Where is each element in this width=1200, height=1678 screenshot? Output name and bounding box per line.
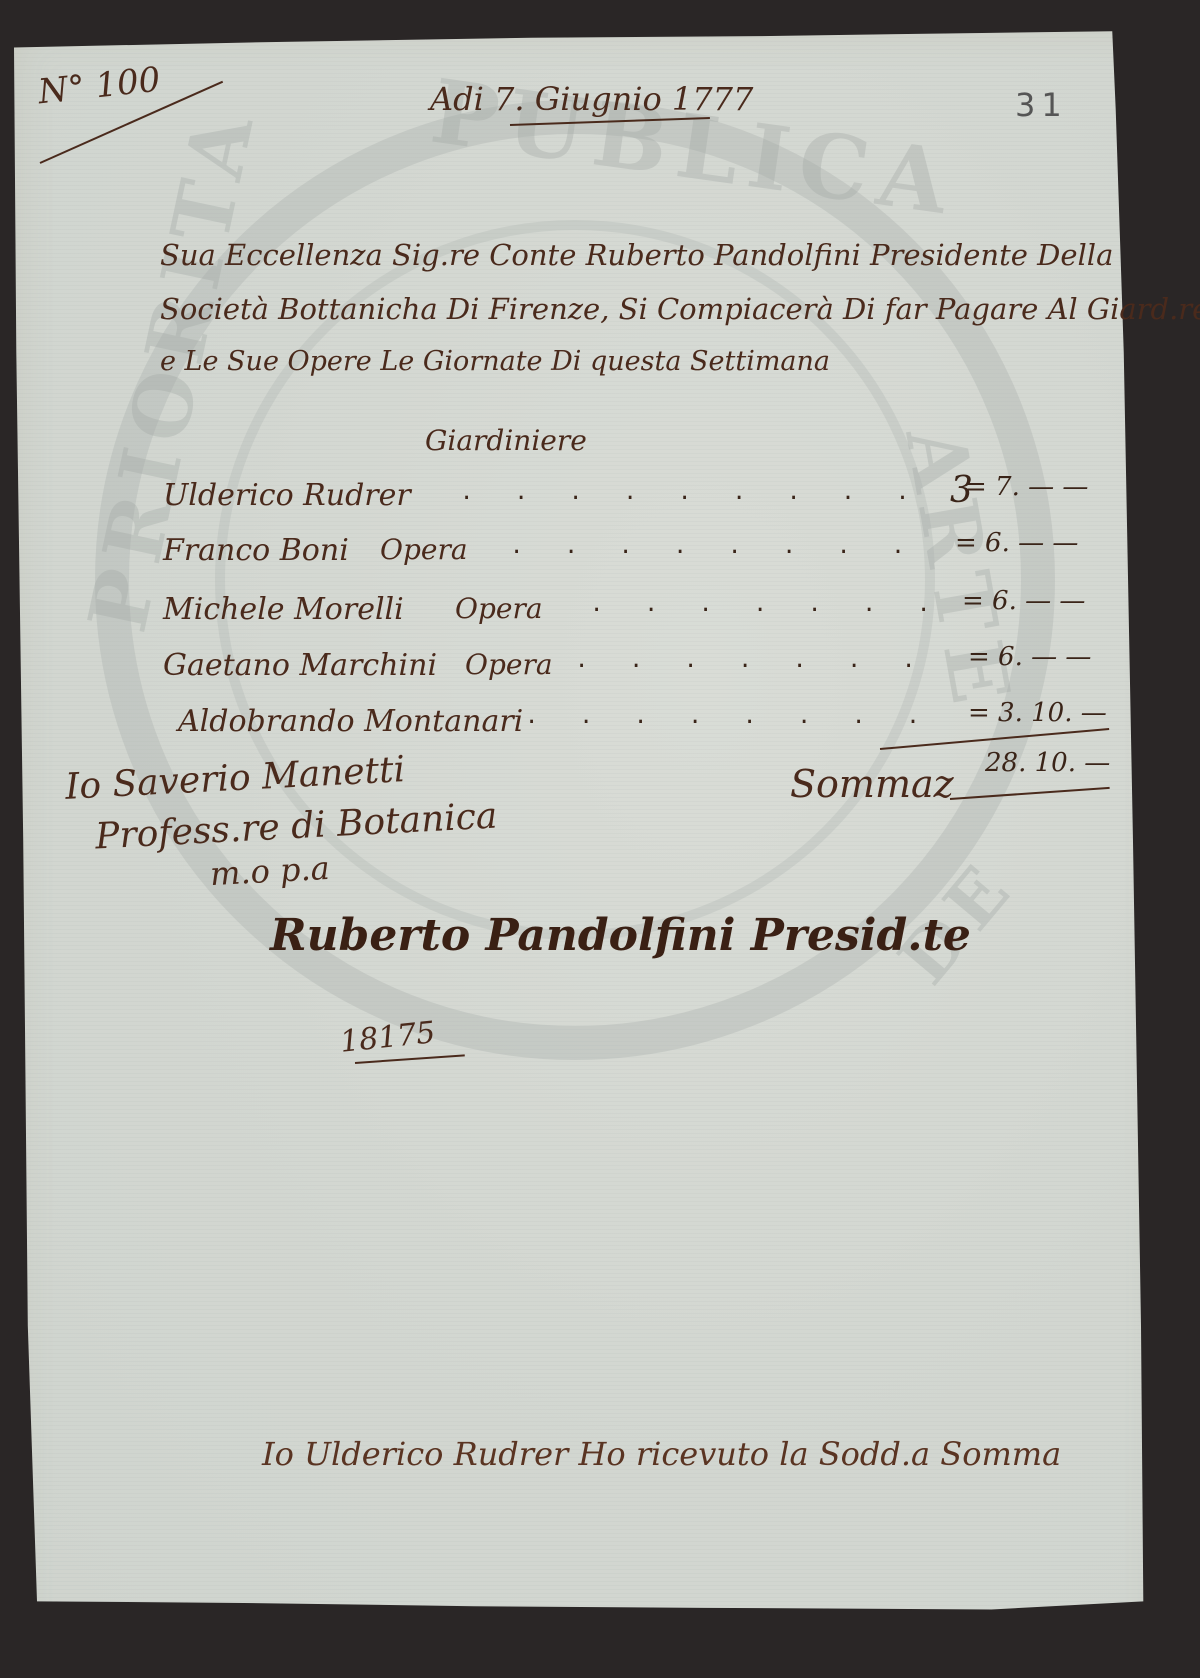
body-line-1: Sua Eccellenza Sig.re Conte Ruberto Pand… xyxy=(160,238,1113,272)
ledger-name: Michele Morelli xyxy=(163,592,404,627)
ledger-amount: = 6. — — xyxy=(968,642,1091,672)
ledger-role: Opera xyxy=(455,592,543,625)
ledger-amount: = 6. — — xyxy=(955,528,1078,558)
ledger-amount: = 7. — — xyxy=(965,472,1088,502)
professor-line-3: m.o p.a xyxy=(209,849,331,893)
ledger-role: Opera xyxy=(465,648,553,681)
ledger-name: Franco Boni xyxy=(163,533,349,568)
ledger-name: Aldobrando Montanari xyxy=(178,704,523,739)
body-line-2: Società Bottanicha Di Firenze, Si Compia… xyxy=(160,292,1200,326)
leader-dots: · · · · · · · · · · · · · · · · · · · · … xyxy=(510,540,930,565)
ledger-name: Ulderico Rudrer xyxy=(163,478,411,513)
leader-dots: · · · · · · · · · · · · · · · · · · · · … xyxy=(460,486,910,511)
ledger-amount: = 6. — — xyxy=(962,586,1085,616)
total-label: Sommaz xyxy=(790,762,954,806)
total-amount: 28. 10. — xyxy=(985,748,1110,778)
ledger-amount: = 3. 10. — xyxy=(968,698,1107,728)
ledger-name: Gaetano Marchini xyxy=(163,648,437,683)
ledger-role: Opera xyxy=(380,533,468,566)
leader-dots: · · · · · · · · · · · · · · · · · xyxy=(590,598,940,623)
body-line-3: e Le Sue Opere Le Giornate Di questa Set… xyxy=(160,346,830,377)
president-signature: Ruberto Pandolfini Presid.te xyxy=(270,910,971,961)
leader-dots: · · · · · · · · · · · · · · · · · · xyxy=(575,654,945,679)
receipt-line: Io Ulderico Rudrer Ho ricevuto la Sodd.a… xyxy=(262,1435,1061,1473)
folio-number: 31 xyxy=(1015,86,1068,124)
leader-dots: · · · · · · · · · · · · · · · · · · · · xyxy=(525,710,945,735)
section-heading: Giardiniere xyxy=(425,424,587,457)
date-line: Adi 7. Giugnio 1777 xyxy=(430,80,753,118)
